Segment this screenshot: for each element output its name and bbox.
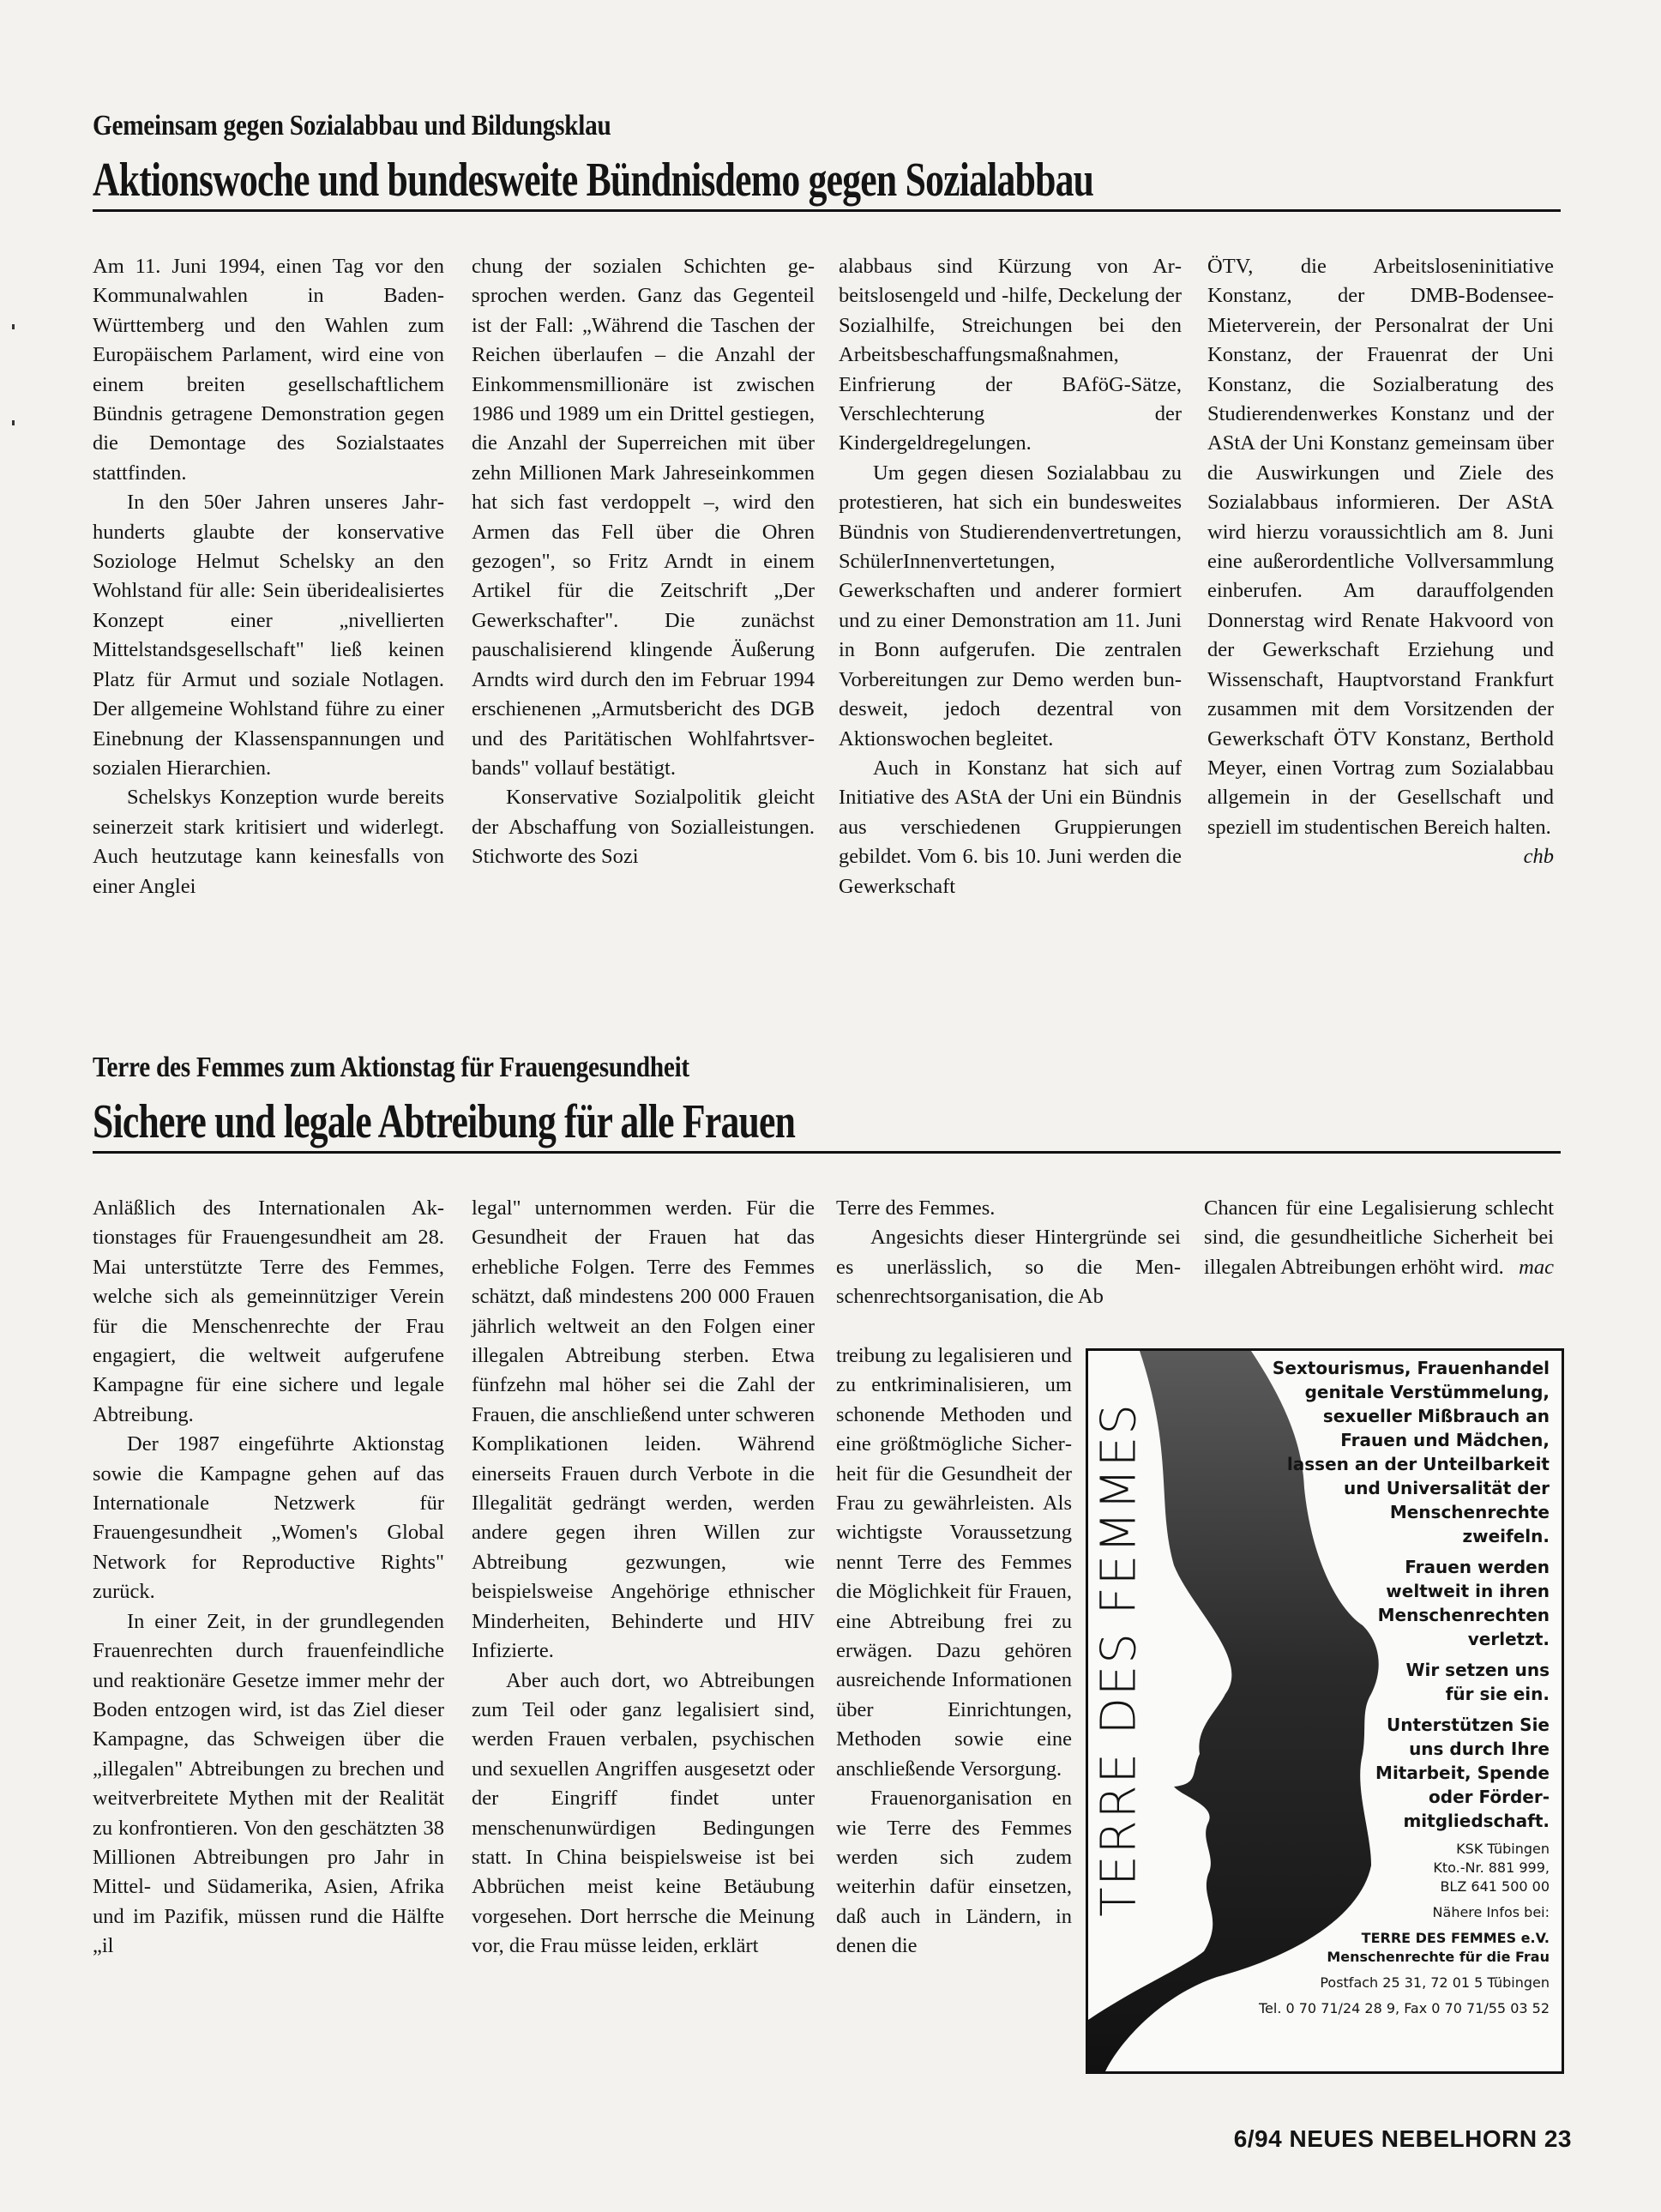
article2-column-2: legal" unternommen werden. Für die Gesun… <box>472 1194 815 1962</box>
paragraph: Frauenorganisation en wie Terre des Fem­… <box>836 1784 1072 1961</box>
paragraph: In einer Zeit, in der grundlegen­den Fra… <box>93 1607 444 1962</box>
article2-column-3-narrow: treibung zu legalisieren und zu entkrimi… <box>836 1341 1072 1962</box>
article-kicker: Gemeinsam gegen Sozialabbau und Bildungs… <box>93 110 1355 142</box>
paragraph: Aber auch dort, wo Abtreibun­gen zum Tei… <box>472 1667 815 1962</box>
article-sozialabbau: Gemeinsam gegen Sozialabbau und Bildungs… <box>93 110 1561 212</box>
paragraph: Der 1987 eingeführte Aktions­tag sowie d… <box>93 1430 444 1606</box>
article1-column-2: chung der sozialen Schichten ge­sprochen… <box>472 252 815 872</box>
article1-column-4: ÖTV, die Arbeitsloseninitiative Konstanz… <box>1207 252 1554 872</box>
author-signature: mac <box>1519 1253 1554 1282</box>
paragraph: Anläßlich des Internationalen Ak­tionsta… <box>93 1194 444 1430</box>
headline-rule <box>93 209 1561 212</box>
article1-column-1: Am 11. Juni 1994, einen Tag vor den Komm… <box>93 252 444 901</box>
paragraph: Auch in Konstanz hat sich auf Initiative… <box>839 754 1182 901</box>
headline-rule <box>93 1151 1561 1154</box>
author-signature: chb <box>1524 842 1554 871</box>
ad-org-name: TERRE DES FEMMES e.V. <box>1241 1929 1550 1948</box>
paragraph: alabbaus sind Kürzung von Ar­beitsloseng… <box>839 252 1182 459</box>
page-footer: 6/94 NEUES NEBELHORN 23 <box>1234 2125 1572 2153</box>
ad-copy: Sextourismus, Frauenhandelgenitale Verst… <box>1241 1356 1550 2018</box>
article2-column-1: Anläßlich des Internationalen Ak­tionsta… <box>93 1194 444 1962</box>
terre-des-femmes-ad: TERRE DES FEMMES Sextourismus, Frauenhan… <box>1086 1348 1564 2074</box>
ad-info-label: Nähere Infos bei: <box>1241 1903 1550 1922</box>
paragraph: treibung zu legalisieren und zu entkrimi… <box>836 1341 1072 1784</box>
ad-commitment: Wir setzen unsfür sie ein. <box>1241 1658 1550 1706</box>
paragraph: Schelskys Konzeption wurde bereits seine… <box>93 783 444 901</box>
paragraph: Angesichts dieser Hintergründe sei es un… <box>836 1223 1181 1311</box>
paragraph: chung der sozialen Schichten ge­sprochen… <box>472 252 815 783</box>
paragraph: ÖTV, die Arbeitsloseninitiative Konstanz… <box>1207 252 1554 842</box>
ad-address: Postfach 25 31, 72 01 5 Tübingen <box>1241 1974 1550 1992</box>
ad-statement: Frauen werdenweltweit in ihrenMenschenre… <box>1241 1555 1550 1651</box>
article-headline: Aktionswoche und bundesweite Bündnisdemo… <box>93 154 1237 206</box>
paragraph: legal" unternommen werden. Für die Gesun… <box>472 1194 815 1667</box>
paragraph: Chancen für eine Legalisierung schlecht … <box>1204 1194 1554 1282</box>
paragraph: Terre des Femmes. <box>836 1194 1181 1223</box>
article2-column-4: Chancen für eine Legalisierung schlecht … <box>1204 1194 1554 1282</box>
paragraph: Konservative Sozialpolitik gleicht der A… <box>472 783 815 871</box>
article-headline: Sichere und legale Abtreibung für alle F… <box>93 1096 1237 1148</box>
article1-column-3: alabbaus sind Kürzung von Ar­beitsloseng… <box>839 252 1182 901</box>
ad-contact: Tel. 0 70 71/24 28 9, Fax 0 70 71/55 03 … <box>1241 1999 1550 2018</box>
ad-appeal: Unterstützen Sieuns durch IhreMitarbeit,… <box>1241 1713 1550 1833</box>
ad-headline: Sextourismus, Frauenhandelgenitale Verst… <box>1241 1356 1550 1548</box>
paragraph: Um gegen diesen Sozialabbau zu protestie… <box>839 459 1182 754</box>
scan-mark <box>12 324 15 329</box>
scan-mark <box>12 420 15 425</box>
paragraph: Am 11. Juni 1994, einen Tag vor den Komm… <box>93 252 444 488</box>
ad-bank-details: KSK TübingenKto.-Nr. 881 999,BLZ 641 500… <box>1241 1840 1550 1896</box>
terre-des-femmes-logo: TERRE DES FEMMES <box>1093 1359 1145 1960</box>
paragraph: In den 50er Jahren unseres Jahr­hunderts… <box>93 488 444 783</box>
article-abtreibung: Terre des Femmes zum Aktionstag für Frau… <box>93 1052 1561 1154</box>
article2-column-3-top: Terre des Femmes.Angesichts dieser Hinte… <box>836 1194 1181 1312</box>
article-kicker: Terre des Femmes zum Aktionstag für Frau… <box>93 1052 1355 1084</box>
ad-org-tagline: Menschenrechte für die Frau <box>1241 1948 1550 1967</box>
